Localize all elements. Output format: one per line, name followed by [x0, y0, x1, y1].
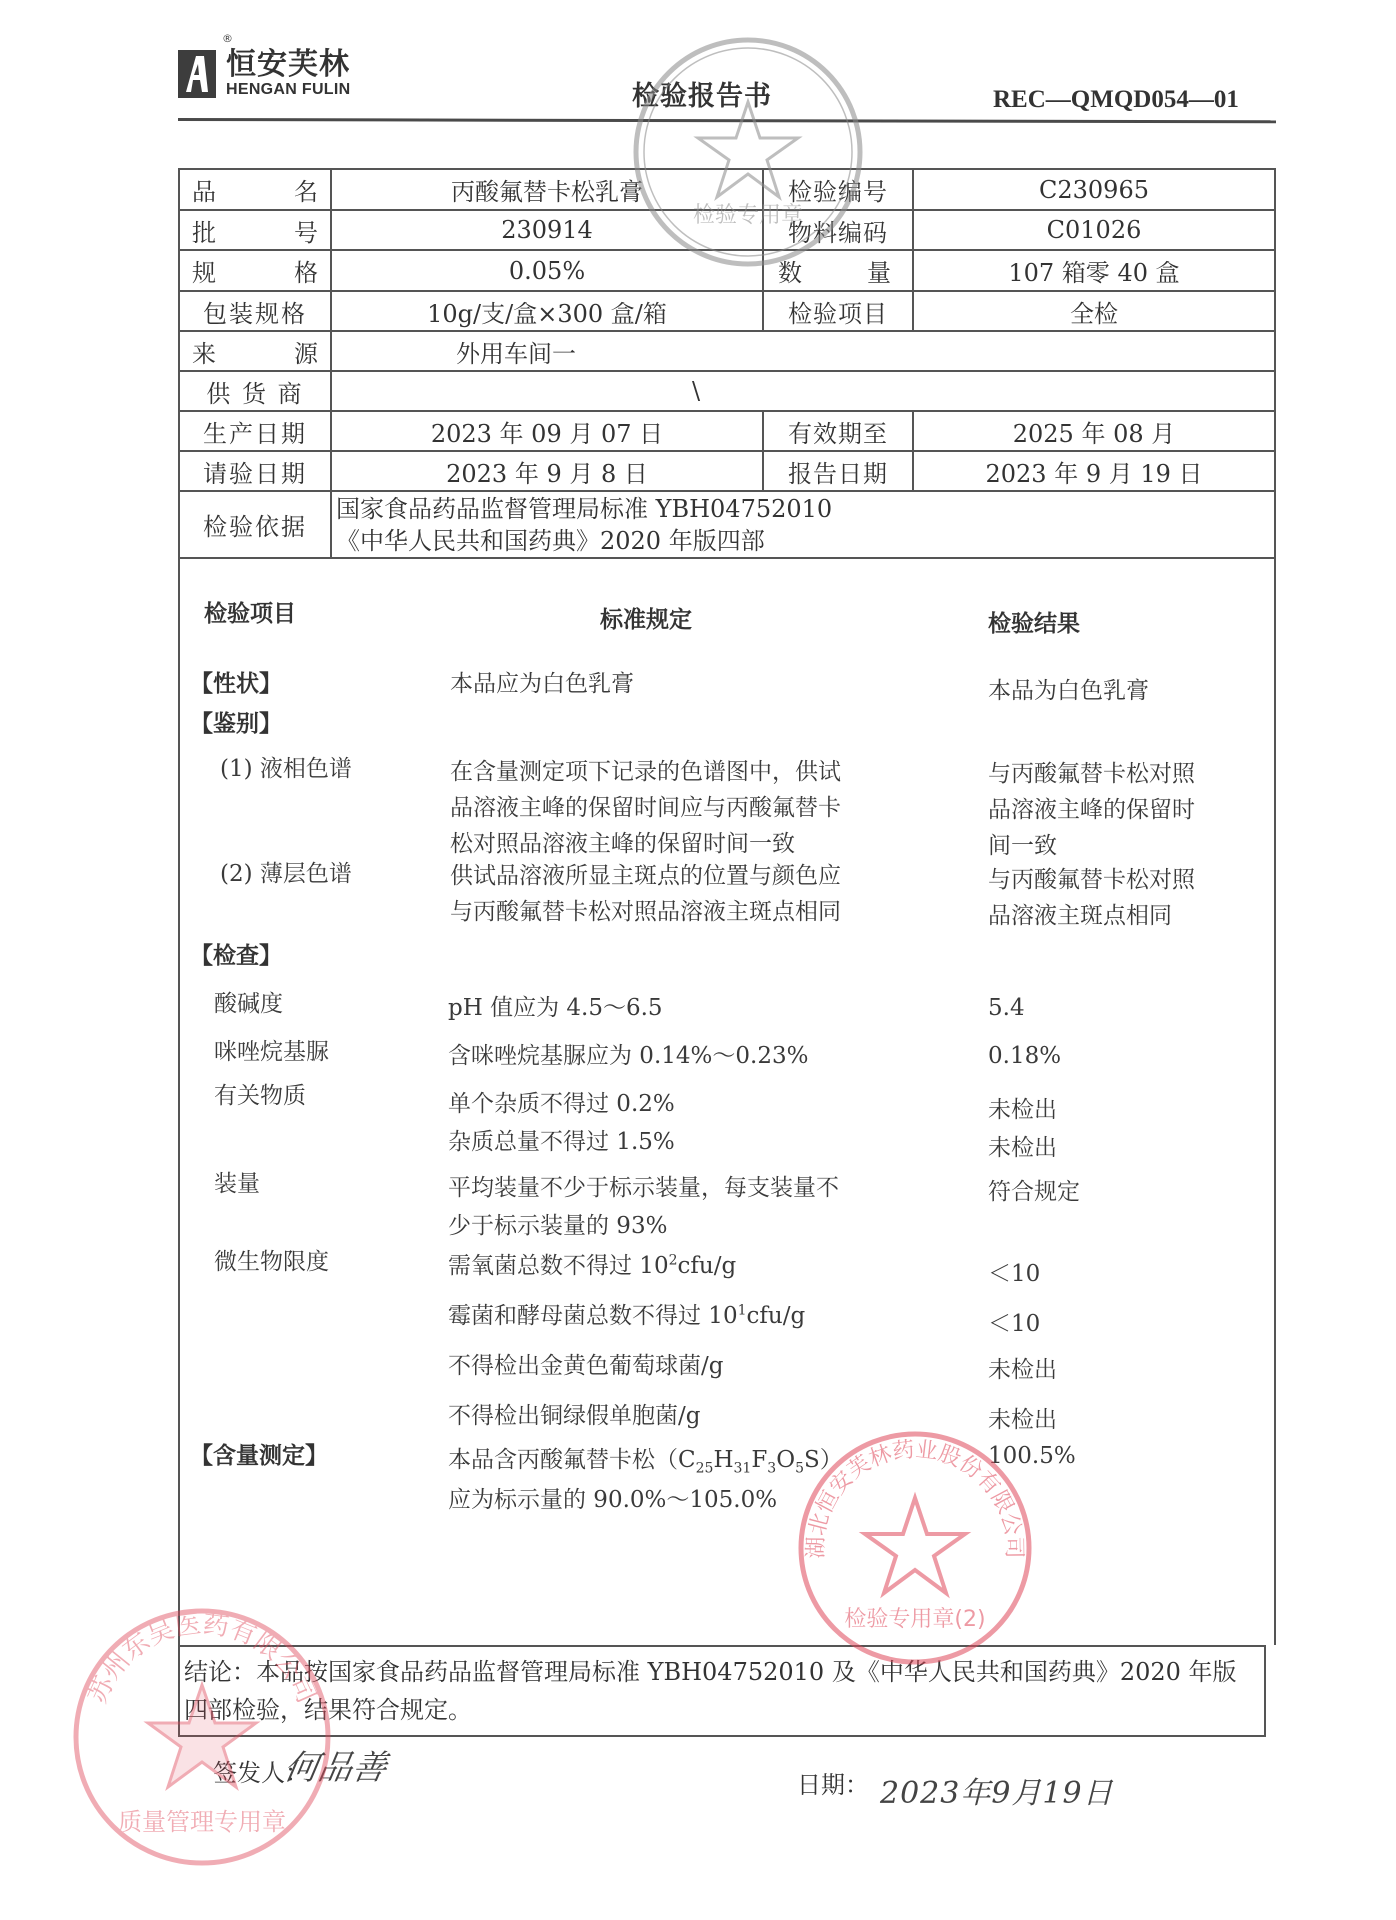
hplc-standard-line-1: 在含量测定项下记录的色谱图中，供试 [450, 753, 841, 786]
tlc-result-line-1: 与丙酸氟替卡松对照 [988, 861, 1195, 894]
label-quantity: 数量 [764, 251, 914, 290]
hplc-standard-line-2: 品溶液主峰的保留时间应与丙酸氟替卡 [450, 789, 841, 822]
value-packing: 10g/支/盒×300 盒/箱 [332, 292, 764, 330]
label-batch: 批号 [180, 211, 332, 249]
value-spec: 0.05% [332, 251, 764, 290]
micro-item: 微生物限度 [214, 1243, 329, 1276]
hplc-result-line-3: 间一致 [988, 827, 1057, 860]
basis-line-2: 《中华人民共和国药典》2020 年版四部 [336, 525, 765, 557]
info-row-mfg-date: 生产日期 2023 年 09 月 07 日 有效期至 2025 年 08 月 [180, 412, 1274, 452]
label-packing: 包装规格 [180, 292, 332, 330]
assay-standard-line-1: 本品含丙酸氟替卡松（C25H31F3O5S） [448, 1441, 843, 1477]
value-batch: 230914 [332, 211, 764, 249]
info-row-request-date: 请验日期 2023 年 9 月 8 日 报告日期 2023 年 9 月 19 日 [180, 452, 1274, 492]
micro-standard-3: 不得检出金黄色葡萄球菌/g [448, 1347, 723, 1380]
value-report-date: 2023 年 9 月 19 日 [914, 452, 1274, 490]
fill-standard-line-1: 平均装量不少于标示装量，每支装量不 [448, 1169, 839, 1202]
value-quantity: 107 箱零 40 盒 [914, 251, 1274, 290]
label-product-name: 品名 [180, 170, 332, 209]
related-result-2: 未检出 [988, 1129, 1057, 1162]
col-header-item: 检验项目 [204, 595, 296, 628]
label-test-no: 检验编号 [764, 170, 914, 209]
hengan-fulin-logo-icon [178, 50, 216, 98]
svg-text:质量管理专用章: 质量管理专用章 [118, 1808, 286, 1836]
issuer-signature: 何品善 [281, 1740, 392, 1789]
hplc-standard-line-3: 松对照品溶液主峰的保留时间一致 [450, 825, 795, 858]
label-supplier: 供 货 商 [180, 372, 332, 410]
value-test-no: C230965 [914, 170, 1274, 209]
tlc-item: (2) 薄层色谱 [220, 855, 352, 888]
section-appearance: 【性状】 [190, 665, 282, 698]
info-row-supplier: 供 货 商 \ [180, 372, 1274, 412]
label-source: 来源 [180, 332, 332, 370]
tlc-standard-line-1: 供试品溶液所显主斑点的位置与颜色应 [450, 857, 841, 890]
document-code: REC—QMQD054—01 [993, 86, 1239, 114]
micro-result-3: 未检出 [988, 1351, 1057, 1384]
fill-standard-line-2: 少于标示装量的 93% [448, 1207, 667, 1240]
col-header-result: 检验结果 [988, 605, 1080, 638]
document-title: 检验报告书 [632, 74, 772, 113]
sign-date-handwritten: 2023年9月19日 [880, 1768, 1114, 1812]
brand-name-cn: 恒安芙林 [226, 49, 350, 81]
micro-result-4: 未检出 [988, 1401, 1057, 1434]
micro-standard-1: 需氧菌总数不得过 102cfu/g [448, 1247, 736, 1280]
brand-name-en: HENGAN FULIN [226, 81, 350, 99]
related-standard-2: 杂质总量不得过 1.5% [448, 1123, 675, 1156]
label-expiry: 有效期至 [764, 412, 914, 450]
value-material-code: C01026 [914, 211, 1274, 249]
ph-result: 5.4 [988, 995, 1025, 1021]
label-material-code: 物料编码 [764, 211, 914, 249]
section-assay: 【含量测定】 [190, 1437, 328, 1470]
sign-date-label: 日期： [797, 1765, 869, 1800]
section-tests: 【检查】 [190, 937, 282, 970]
fill-result: 符合规定 [988, 1173, 1080, 1206]
imidurea-standard: 含咪唑烷基脲应为 0.14%～0.23% [448, 1037, 808, 1070]
label-spec: 规格 [180, 251, 332, 290]
micro-standard-4: 不得检出铜绿假单胞菌/g [448, 1397, 700, 1430]
info-row-basis: 检验依据 国家食品药品监督管理局标准 YBH04752010 《中华人民共和国药… [180, 492, 1274, 559]
label-test-item: 检验项目 [764, 292, 914, 330]
value-basis: 国家食品药品监督管理局标准 YBH04752010 《中华人民共和国药典》202… [332, 492, 1274, 557]
value-expiry: 2025 年 08 月 [914, 412, 1274, 450]
value-supplier: \ [332, 372, 1274, 410]
ph-item: 酸碱度 [214, 985, 283, 1018]
appearance-standard: 本品应为白色乳膏 [450, 665, 634, 698]
micro-standard-2: 霉菌和酵母菌总数不得过 101cfu/g [448, 1297, 805, 1330]
conclusion-box: 结论：本品按国家食品药品监督管理局标准 YBH04752010 及《中华人民共和… [178, 1645, 1266, 1737]
related-result-1: 未检出 [988, 1091, 1057, 1124]
ph-standard: pH 值应为 4.5～6.5 [448, 989, 663, 1022]
label-request-date: 请验日期 [180, 452, 332, 490]
imidurea-result: 0.18% [988, 1043, 1061, 1069]
fill-item: 装量 [214, 1165, 260, 1198]
value-source: 外用车间一 [332, 332, 1274, 370]
hplc-result-line-1: 与丙酸氟替卡松对照 [988, 755, 1195, 788]
assay-result: 100.5% [988, 1443, 1076, 1469]
registered-mark: ® [222, 32, 233, 45]
col-header-standard: 标准规定 [600, 601, 692, 634]
label-report-date: 报告日期 [764, 452, 914, 490]
tlc-result-line-2: 品溶液主斑点相同 [988, 897, 1172, 930]
info-row-batch: 批号 230914 物料编码 C01026 [180, 211, 1274, 251]
value-request-date: 2023 年 9 月 8 日 [332, 452, 764, 490]
label-mfg-date: 生产日期 [180, 412, 332, 450]
appearance-result: 本品为白色乳膏 [988, 672, 1149, 705]
section-identification: 【鉴别】 [190, 705, 282, 738]
hplc-result-line-2: 品溶液主峰的保留时 [988, 791, 1195, 824]
info-row-source: 来源 外用车间一 [180, 332, 1274, 372]
related-standard-1: 单个杂质不得过 0.2% [448, 1085, 675, 1118]
value-test-item: 全检 [914, 292, 1274, 330]
info-row-product: 品名 丙酸氟替卡松乳膏 检验编号 C230965 [180, 170, 1274, 211]
value-product-name: 丙酸氟替卡松乳膏 [332, 170, 764, 209]
info-row-spec: 规格 0.05% 数量 107 箱零 40 盒 [180, 251, 1274, 292]
tlc-standard-line-2: 与丙酸氟替卡松对照品溶液主斑点相同 [450, 893, 841, 926]
product-info-table: 品名 丙酸氟替卡松乳膏 检验编号 C230965 批号 230914 物料编码 … [178, 168, 1276, 559]
company-logo: 恒安芙林 HENGAN FULIN [178, 48, 350, 100]
header-divider [178, 118, 1276, 123]
results-section: 检验项目 标准规定 检验结果 【性状】 本品应为白色乳膏 本品为白色乳膏 【鉴别… [178, 555, 1276, 1645]
value-mfg-date: 2023 年 09 月 07 日 [332, 412, 764, 450]
micro-result-1: ＜10 [988, 1255, 1040, 1288]
hplc-item: (1) 液相色谱 [220, 750, 352, 783]
basis-line-1: 国家食品药品监督管理局标准 YBH04752010 [336, 493, 832, 525]
label-basis: 检验依据 [180, 492, 332, 557]
related-item: 有关物质 [214, 1077, 306, 1110]
info-row-packing: 包装规格 10g/支/盒×300 盒/箱 检验项目 全检 [180, 292, 1274, 332]
micro-result-2: ＜10 [988, 1305, 1040, 1338]
assay-standard-line-2: 应为标示量的 90.0%～105.0% [448, 1481, 777, 1514]
imidurea-item: 咪唑烷基脲 [214, 1033, 329, 1066]
